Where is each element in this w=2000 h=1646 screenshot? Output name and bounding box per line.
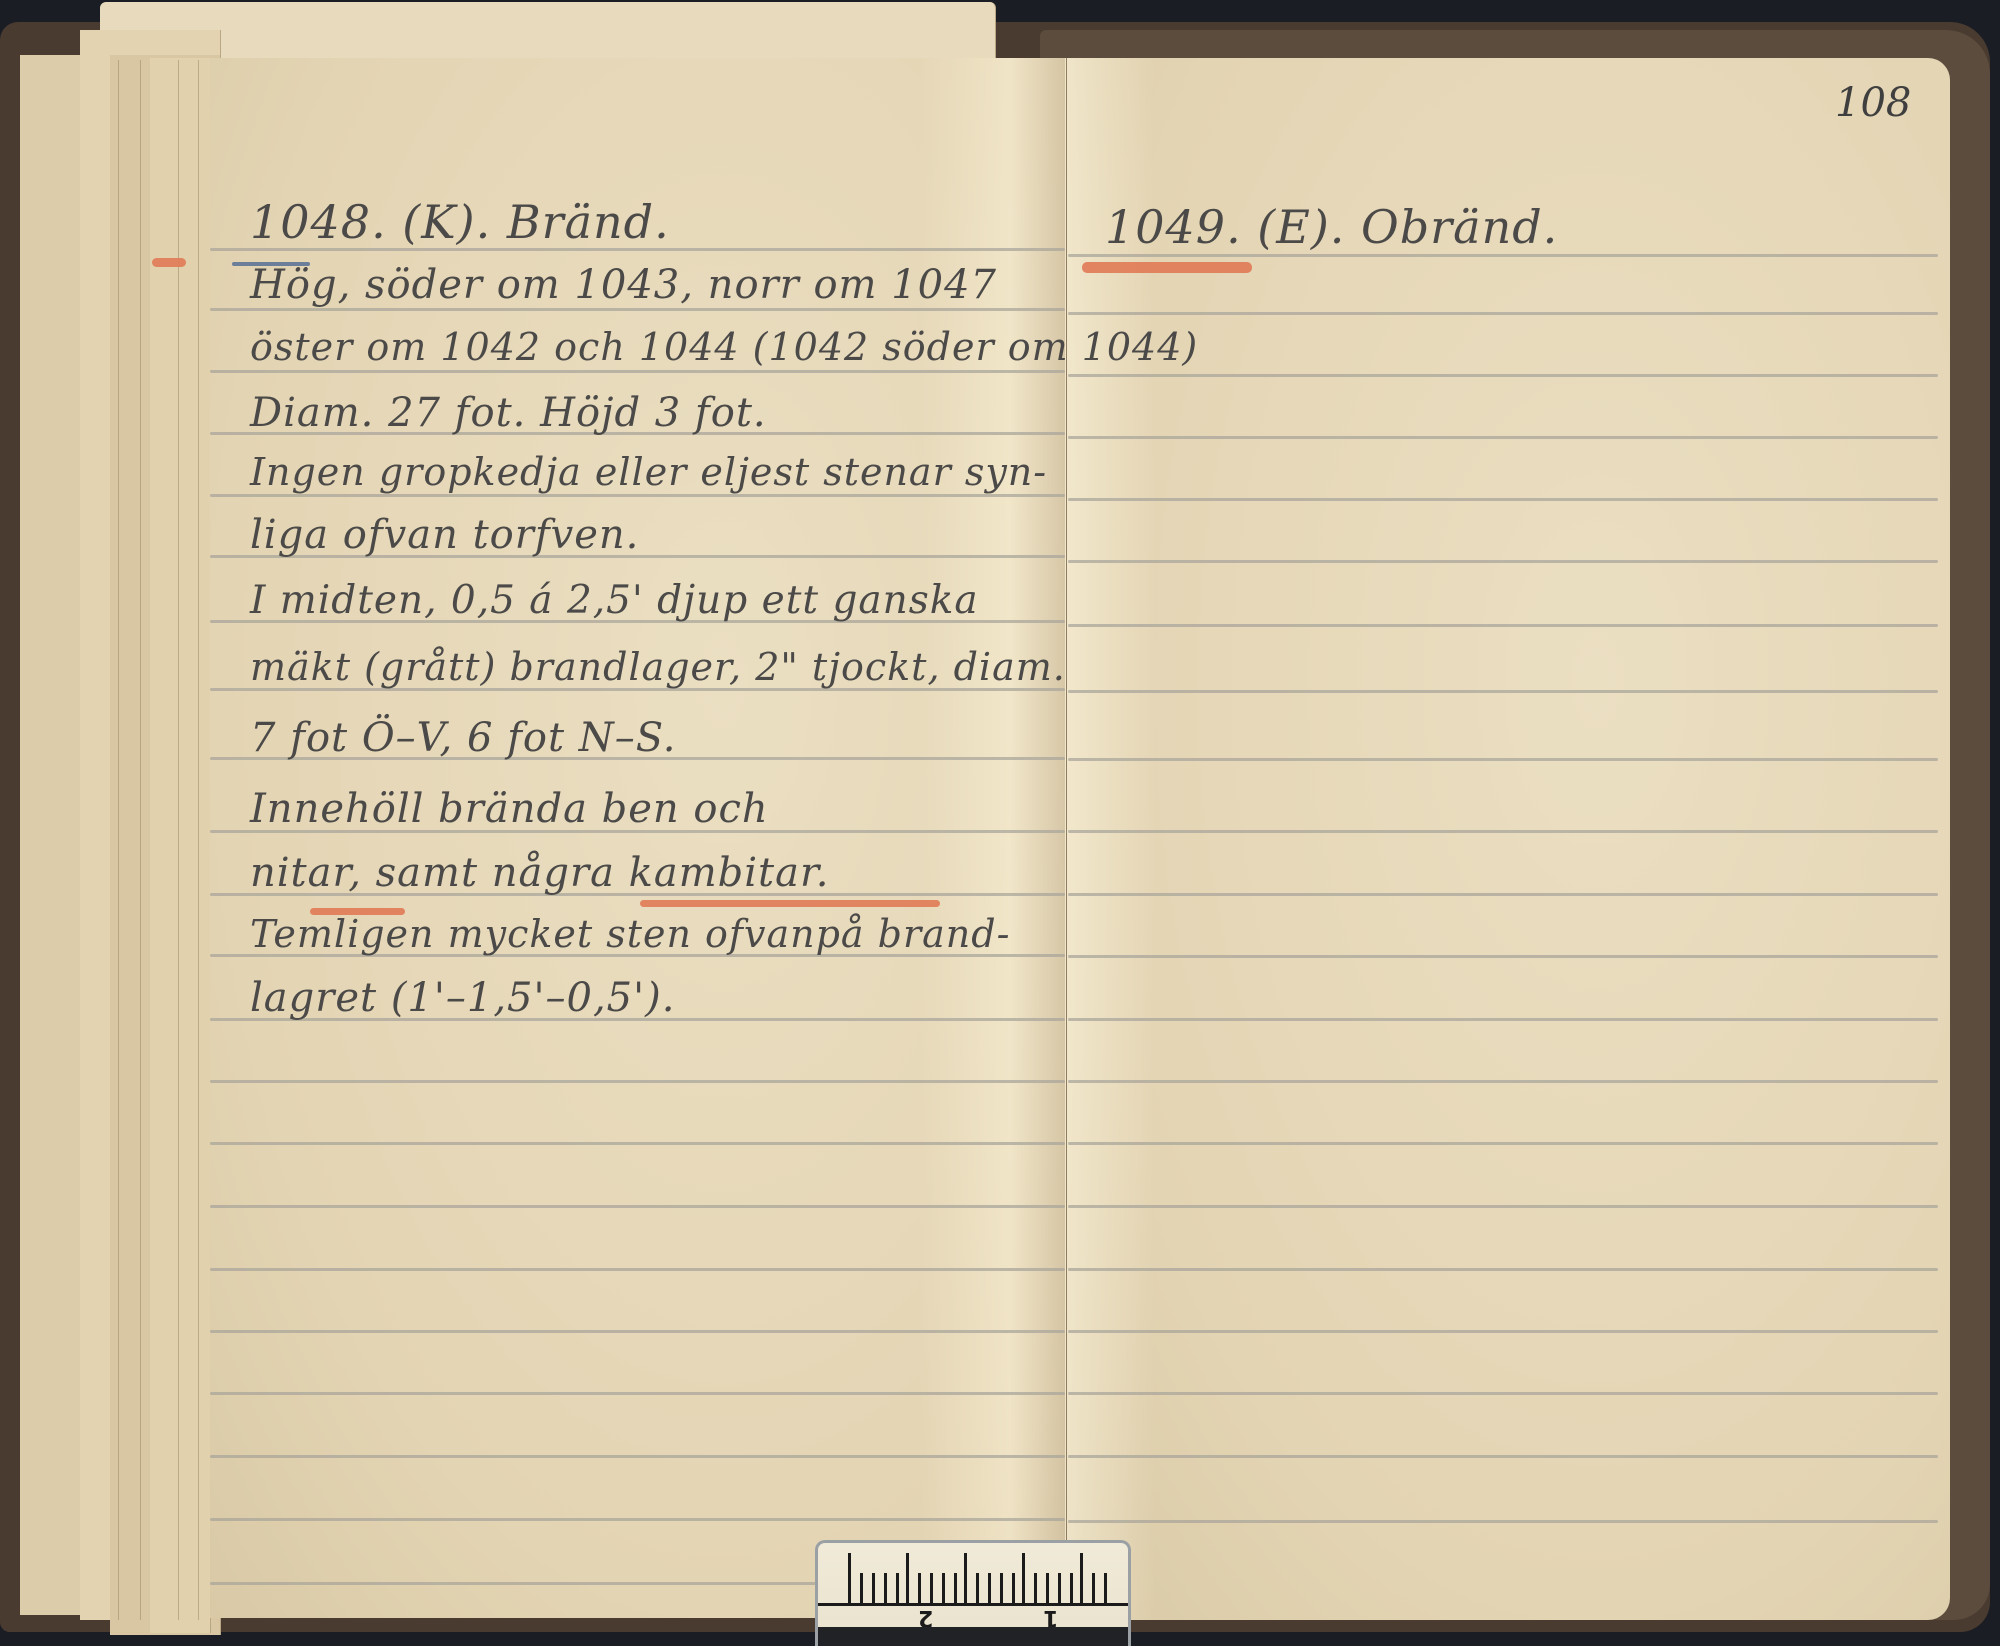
note-line: nitar, samt några kambitar. — [250, 850, 829, 896]
page-edge-line — [140, 60, 141, 1620]
note-line: mäkt (grått) brandlager, 2" tjockt, diam… — [250, 645, 1066, 689]
note-line: liga ofvan torfven. — [250, 512, 639, 558]
note-line: öster om 1042 och 1044 (1042 söder om 10… — [250, 325, 1198, 369]
red-underline-mark — [1082, 262, 1252, 273]
red-margin-mark — [152, 258, 186, 267]
note-line: Hög, söder om 1043, norr om 1047 — [250, 262, 997, 308]
note-line: lagret (1'–1,5'–0,5'). — [250, 975, 675, 1021]
gutter-highlight — [1065, 58, 1155, 1620]
page-number: 108 — [1835, 80, 1911, 126]
page-edge — [150, 58, 211, 1633]
page-edge-line — [118, 60, 119, 1620]
page-edge-line — [178, 60, 179, 1620]
scale-ruler: 2 1 — [815, 1540, 1131, 1646]
red-underline-mark — [640, 900, 940, 907]
entry-heading-1048: 1048. (K). Bränd. — [250, 195, 670, 249]
right-page — [1065, 58, 1950, 1620]
page-edge-top — [100, 2, 996, 62]
note-line: Innehöll brända ben och — [250, 786, 769, 832]
binding-gutter — [1066, 58, 1067, 1620]
note-line: Ingen gropkedja eller eljest stenar syn- — [250, 450, 1047, 494]
entry-heading-1049: 1049. (E). Obränd. — [1105, 200, 1558, 254]
note-line: I midten, 0,5 á 2,5' djup ett ganska — [250, 578, 979, 623]
note-line: Temligen mycket sten ofvanpå brand- — [250, 912, 1010, 956]
note-line: Diam. 27 fot. Höjd 3 fot. — [250, 390, 767, 436]
page-edge-line — [198, 60, 199, 1620]
note-line: 7 fot Ö–V, 6 fot N–S. — [250, 715, 677, 761]
